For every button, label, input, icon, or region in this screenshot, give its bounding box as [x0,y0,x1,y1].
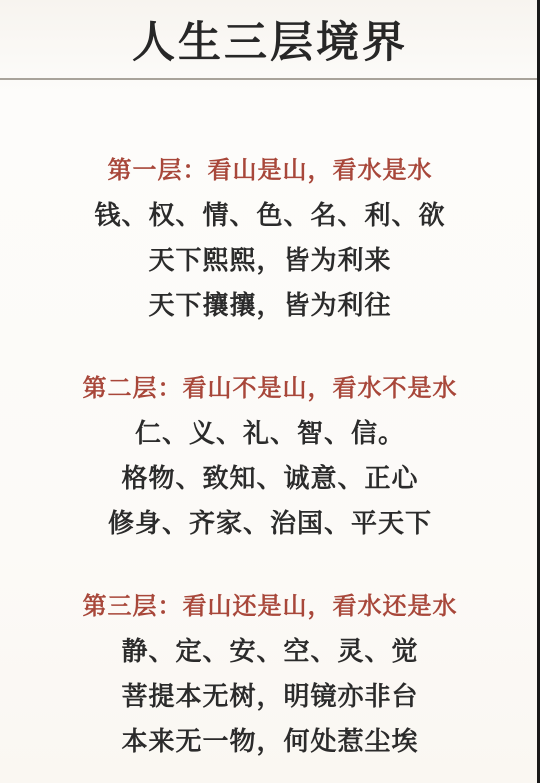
section-level-2: 第二层：看山不是山，看水不是水 仁、义、礼、智、信。 格物、致知、诚意、正心 修… [0,366,540,546]
section-3-heading: 第三层：看山还是山，看水还是水 [0,584,540,629]
page-title: 人生三层境界 [132,9,408,70]
section-level-1: 第一层：看山是山，看水是水 钱、权、情、色、名、利、欲 天下熙熙，皆为利来 天下… [0,148,540,328]
section-1-heading: 第一层：看山是山，看水是水 [0,148,540,193]
section-3-line-1: 静、定、安、空、灵、觉 [0,629,540,674]
poster: 人生三层境界 第一层：看山是山，看水是水 钱、权、情、色、名、利、欲 天下熙熙，… [0,0,540,783]
section-1-line-3: 天下攘攘，皆为利往 [0,283,540,328]
section-level-3: 第三层：看山还是山，看水还是水 静、定、安、空、灵、觉 菩提本无树，明镜亦非台 … [0,584,540,764]
section-1-line-2: 天下熙熙，皆为利来 [0,238,540,283]
section-2-line-3: 修身、齐家、治国、平天下 [0,501,540,546]
section-3-line-3: 本来无一物，何处惹尘埃 [0,719,540,764]
section-2-line-2: 格物、致知、诚意、正心 [0,456,540,501]
section-2-line-1: 仁、义、礼、智、信。 [0,411,540,456]
header: 人生三层境界 [0,0,540,80]
section-1-line-1: 钱、权、情、色、名、利、欲 [0,193,540,238]
section-3-line-2: 菩提本无树，明镜亦非台 [0,674,540,719]
section-2-heading: 第二层：看山不是山，看水不是水 [0,366,540,411]
content: 第一层：看山是山，看水是水 钱、权、情、色、名、利、欲 天下熙熙，皆为利来 天下… [0,80,540,764]
